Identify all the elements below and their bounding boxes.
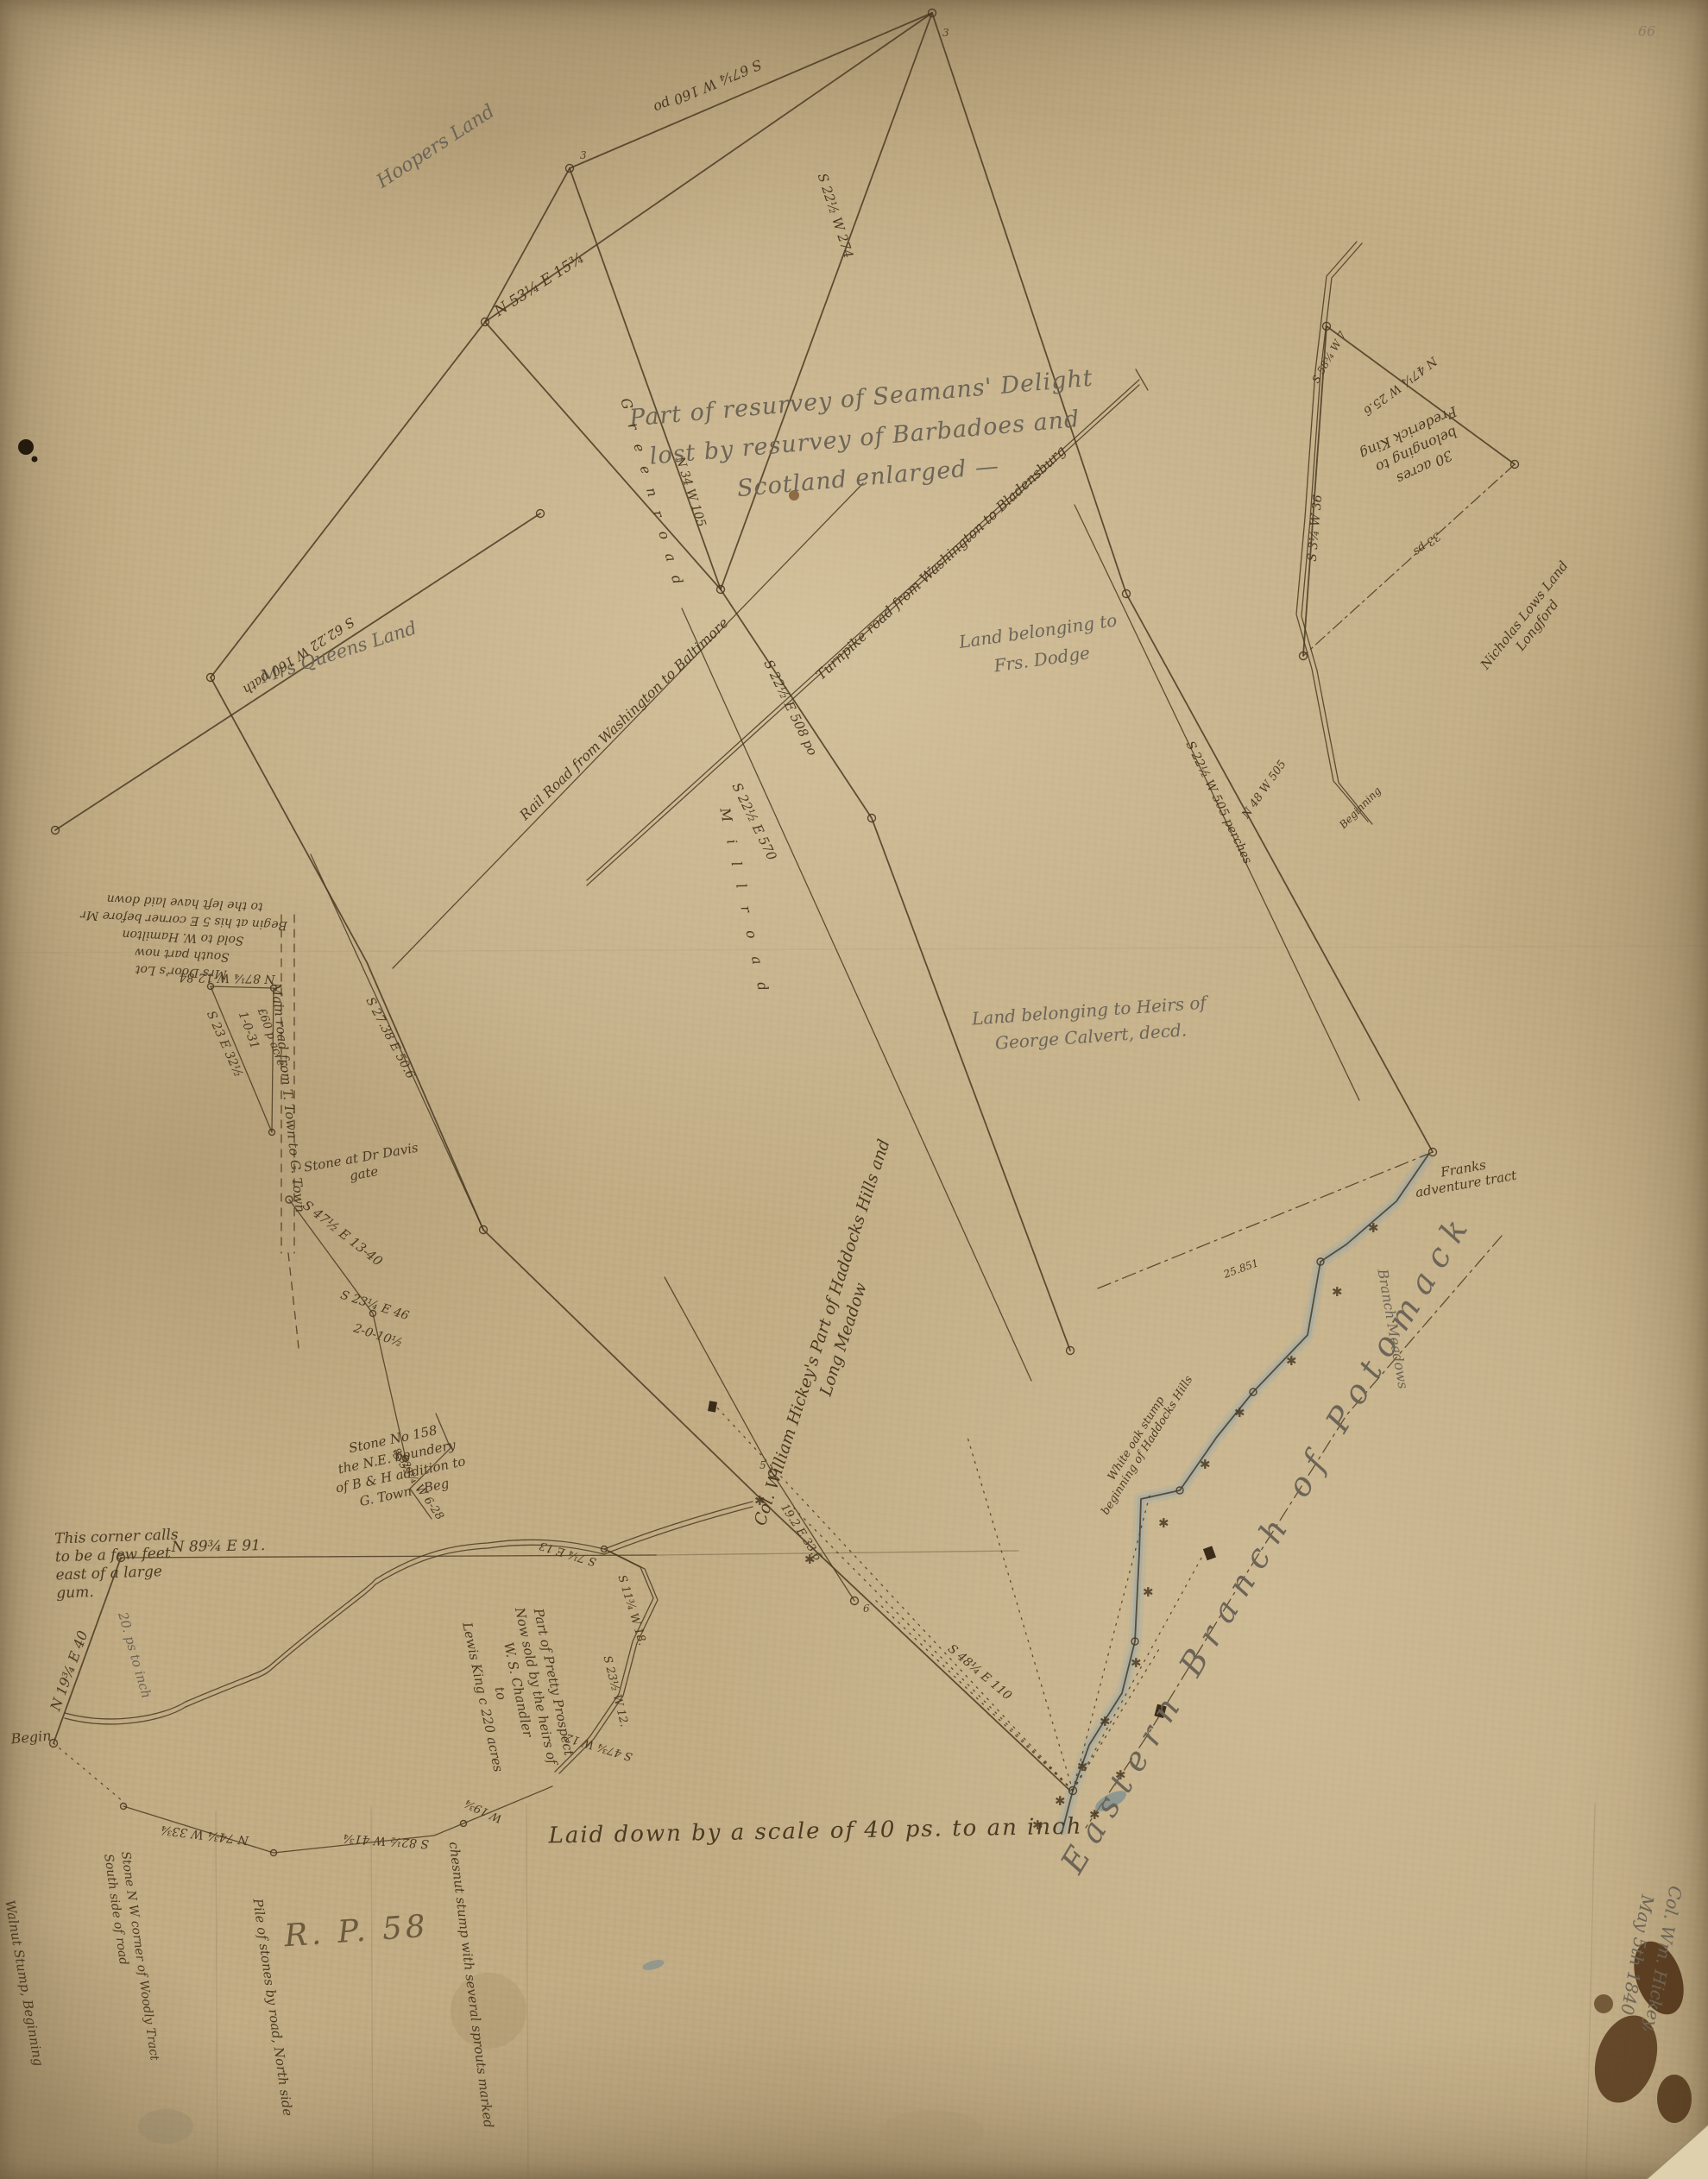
- svg-text:✱: ✱: [1131, 1655, 1142, 1671]
- bearing-n89-91: N 89¾ E 91.: [172, 1537, 266, 1556]
- station-number: 3: [942, 27, 949, 39]
- station-number: 6: [863, 1603, 870, 1615]
- svg-text:✱: ✱: [1100, 1714, 1111, 1729]
- page-corner-number: 66: [1638, 23, 1655, 40]
- station-number: 3: [580, 149, 587, 161]
- brown-stain: [1657, 2075, 1692, 2123]
- svg-text:✱: ✱: [1332, 1284, 1343, 1300]
- svg-text:✱: ✱: [1077, 1759, 1088, 1774]
- svg-text:✱: ✱: [1200, 1457, 1211, 1472]
- begin-note: Begin: [10, 1727, 52, 1747]
- ink-blot: [18, 439, 34, 455]
- light-stain: [451, 1973, 526, 2049]
- survey-plat-sheet: ✱✱ ✱✱ ✱✱ ✱✱ ✱✱ ✱✱ ✱✱ ✱✱ 3 3 5 6: [0, 0, 1708, 2179]
- svg-text:✱: ✱: [1143, 1584, 1154, 1600]
- gray-stain: [138, 2109, 193, 2144]
- doors-lot-note: Mrs Door's Lot South part now Sold to W.…: [78, 889, 289, 986]
- blue-smudge: [641, 1958, 665, 1972]
- svg-text:✱: ✱: [1055, 1793, 1066, 1809]
- paper-creases: [0, 946, 1708, 2179]
- svg-text:✱: ✱: [1286, 1353, 1297, 1369]
- svg-text:✱: ✱: [1368, 1220, 1379, 1236]
- survey-linework: ✱✱ ✱✱ ✱✱ ✱✱ ✱✱ ✱✱ ✱✱ ✱✱ 3 3 5 6: [0, 0, 1708, 2179]
- svg-text:✱: ✱: [1158, 1515, 1169, 1531]
- svg-text:✱: ✱: [1234, 1405, 1245, 1420]
- corner-calls-note: This corner calls to be a few feet east …: [54, 1527, 180, 1603]
